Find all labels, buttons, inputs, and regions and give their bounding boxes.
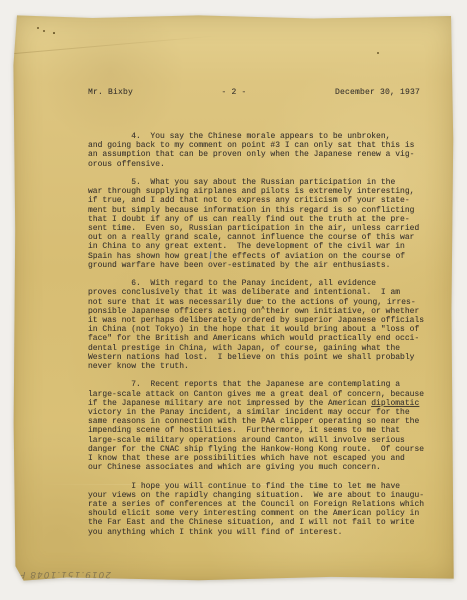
aged-paper: Mr. Bixby - 2 - December 30, 1937 4. You…: [13, 14, 455, 582]
handwritten-scribble: ~~: [256, 296, 263, 306]
accession-number-pencil: 2019.151.1048 P: [19, 569, 111, 579]
letter-scan: Mr. Bixby - 2 - December 30, 1937 4. You…: [0, 0, 467, 600]
paragraph-5-text: 5. What you say about the Russian partic…: [88, 178, 419, 261]
paper-crease: [13, 35, 222, 54]
paragraph-7-text-continued: victory in the Panay incident, a similar…: [88, 408, 424, 472]
paper-speck: [37, 27, 39, 29]
page-number: - 2 -: [221, 88, 246, 97]
letter-date: December 30, 1937: [335, 88, 420, 97]
paper-speck: [53, 32, 55, 34]
paper-speck: [377, 52, 379, 54]
caret-mark-icon: ^: [261, 306, 265, 315]
letter-body: 4. You say the Chinese morale appears to…: [88, 132, 438, 546]
recipient-name: Mr. Bixby: [88, 88, 133, 97]
underlined-word: diplomatic: [371, 399, 419, 408]
paper-sheet: Mr. Bixby - 2 - December 30, 1937 4. You…: [13, 14, 455, 582]
paragraph-8: I hope you will continue to find the tim…: [88, 482, 438, 537]
paragraph-6: 6. With regard to the Panay incident, al…: [88, 279, 438, 371]
paragraph-5: 5. What you say about the Russian partic…: [88, 178, 438, 270]
letter-header: Mr. Bixby - 2 - December 30, 1937: [88, 88, 420, 97]
paragraph-7: 7. Recent reports that the Japanese are …: [88, 380, 438, 472]
paragraph-6-text-continued: to the actions of young, irres- ponsible…: [88, 298, 424, 371]
paper-speck: [43, 30, 45, 32]
paragraph-4: 4. You say the Chinese morale appears to…: [88, 132, 438, 169]
blue-pencil-insert-mark: |: [208, 250, 214, 260]
